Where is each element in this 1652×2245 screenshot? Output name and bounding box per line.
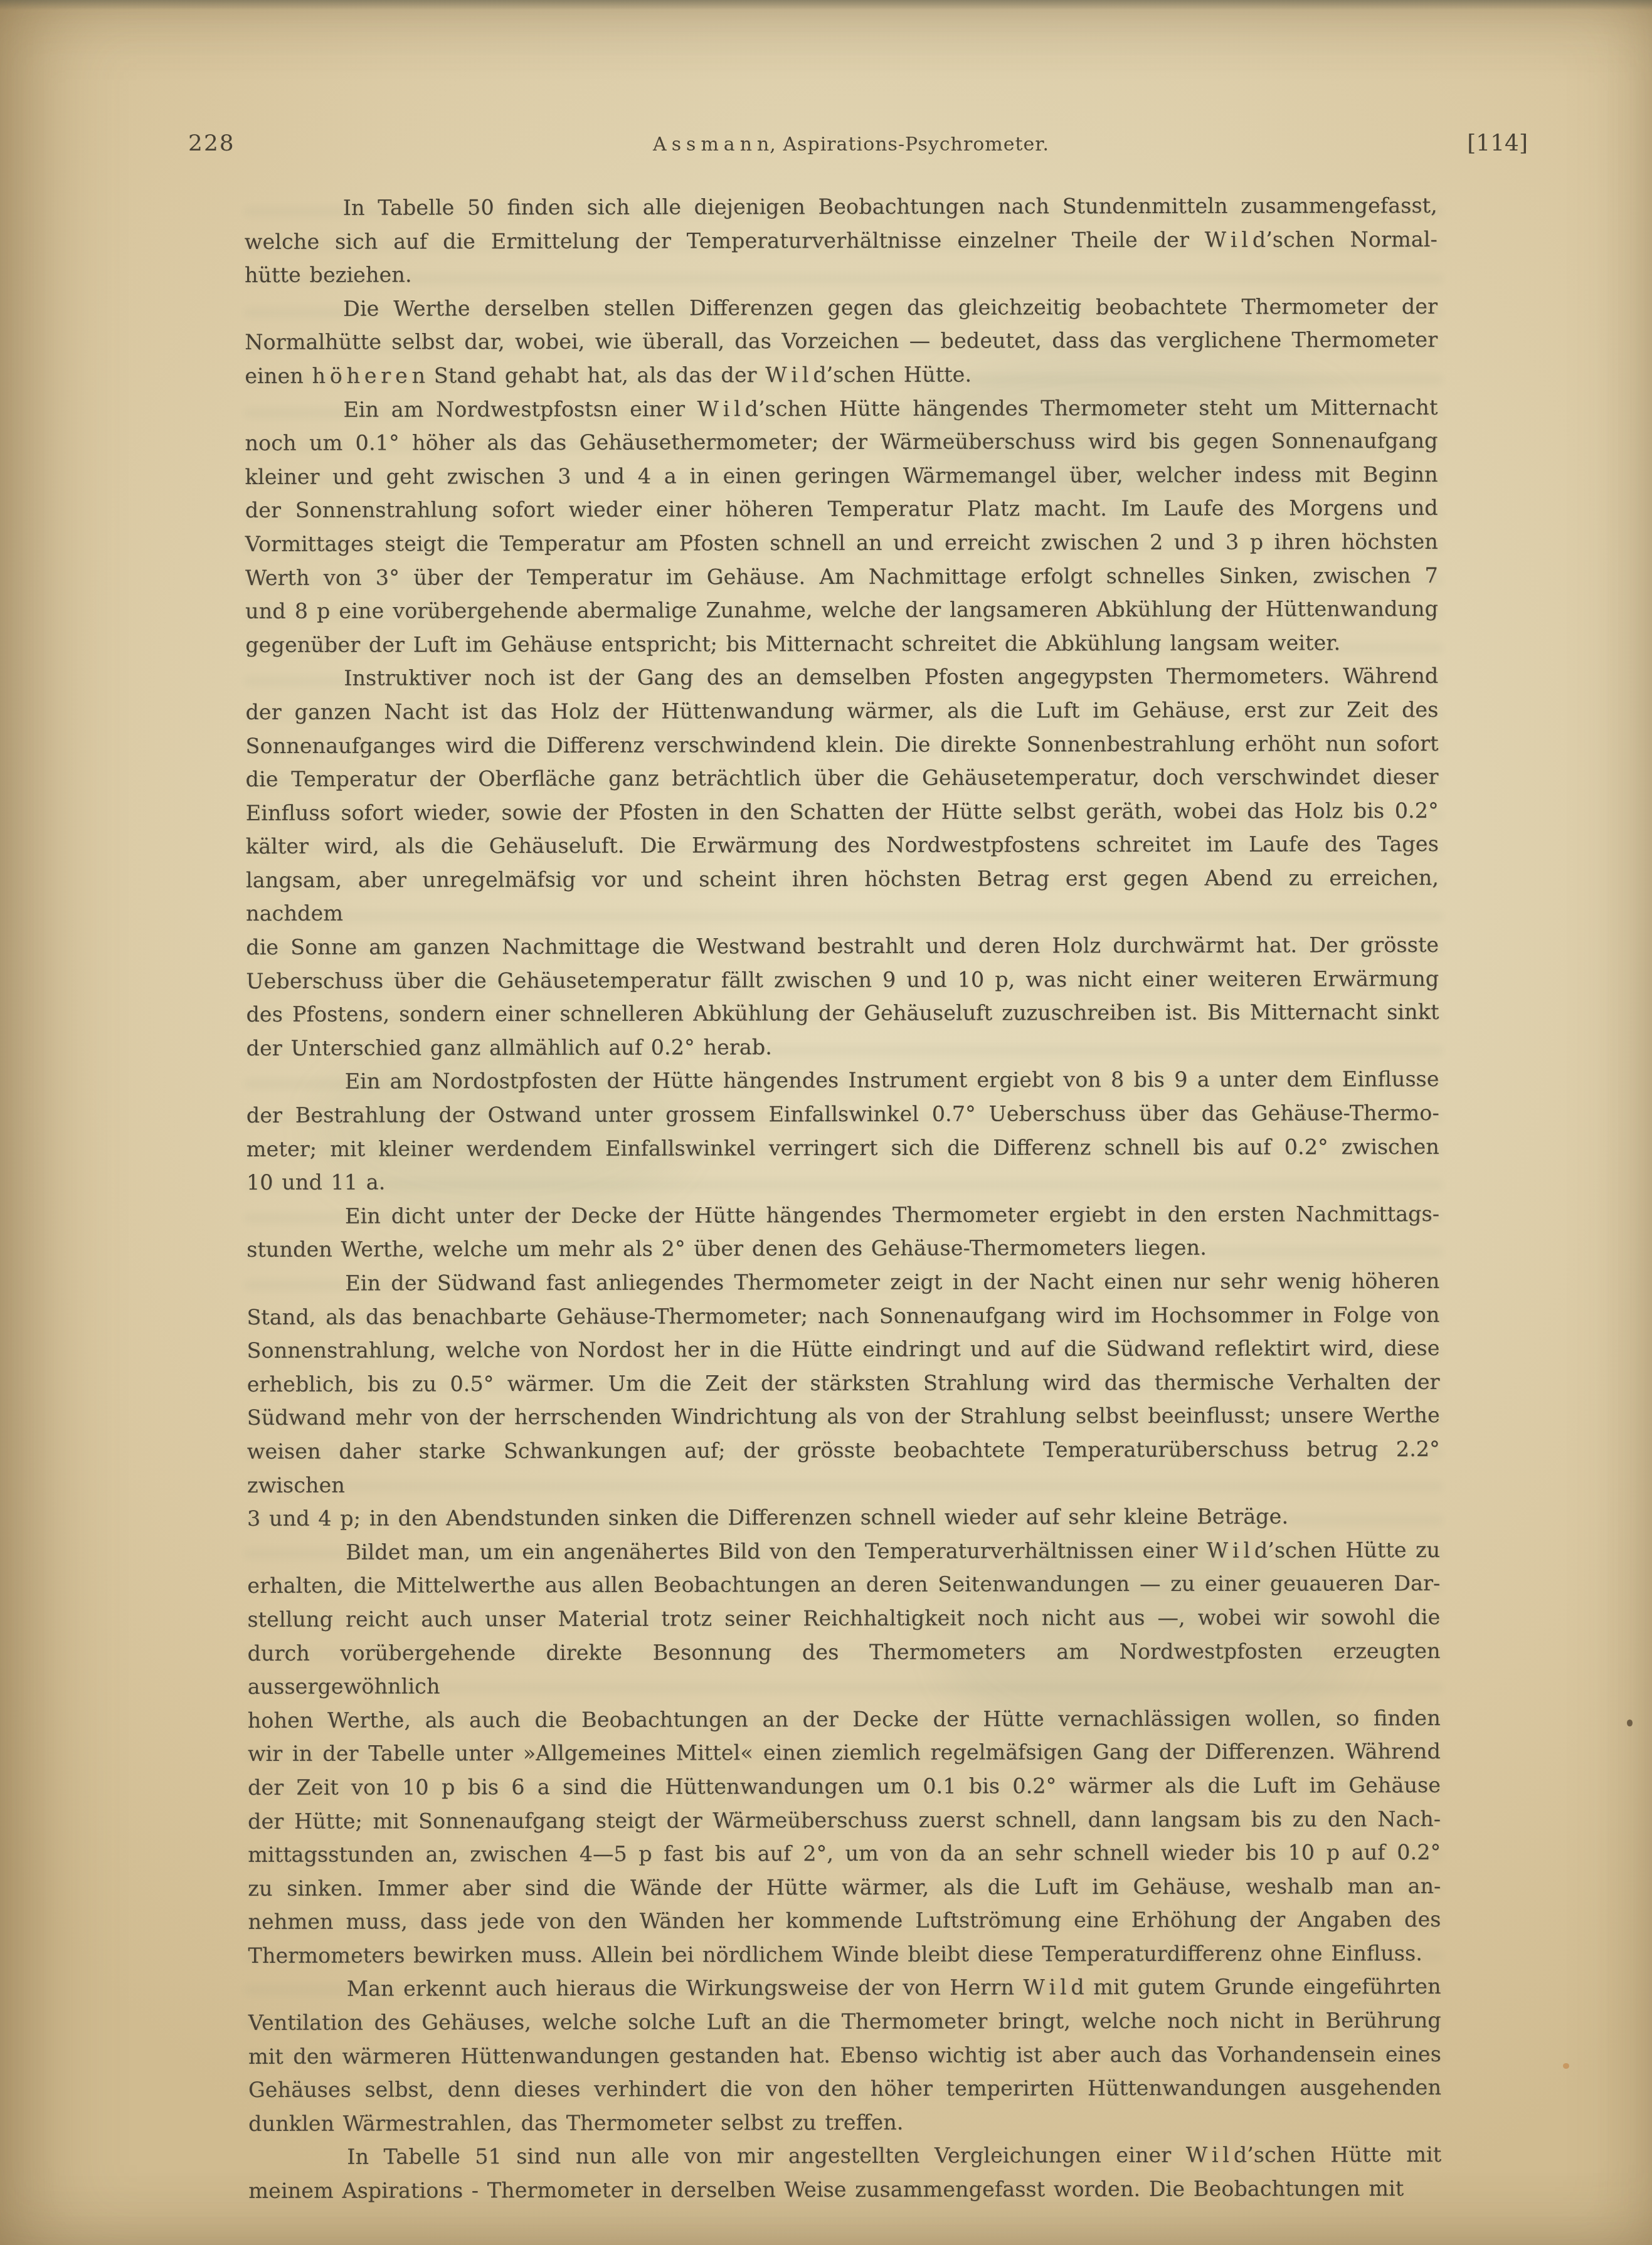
running-title: A s s m a n n, Aspirations-Psychrometer. <box>235 134 1467 156</box>
text-line: 10 und 11 a. <box>246 1163 1439 1200</box>
text-line: stunden Werthe, welche um mehr als 2° üb… <box>246 1230 1439 1267</box>
text-line: stellung reicht auch unser Material trot… <box>247 1600 1440 1637</box>
text-line: der Hütte; mit Sonnenaufgang steigt der … <box>248 1802 1441 1839</box>
text-line: nehmen muss, dass jede von den Wänden he… <box>248 1903 1441 1939</box>
ink-speck <box>1627 1719 1633 1726</box>
paragraph: Ein dicht unter der Decke der Hütte häng… <box>246 1197 1439 1267</box>
text-line: der Sonnenstrahlung sofort wieder einer … <box>245 491 1438 527</box>
text-line: kleiner und geht zwischen 3 und 4 a in e… <box>245 458 1438 494</box>
text-line: Sonnenstrahlung, welche von Nordost her … <box>246 1331 1439 1368</box>
stain-speck <box>1563 2063 1569 2069</box>
text-line: noch um 0.1° höher als das Gehäusethermo… <box>245 424 1438 460</box>
paragraph: Ein der Südwand fast anliegendes Thermom… <box>246 1264 1440 1536</box>
text-line: Werth von 3° über der Temperatur im Gehä… <box>245 559 1438 595</box>
text-line: In Tabelle 51 sind nun alle von mir ange… <box>248 2138 1441 2174</box>
text-line: Sonnenaufganges wird die Differenz versc… <box>245 727 1438 763</box>
paragraph: In Tabelle 50 finden sich alle diejenige… <box>245 189 1438 292</box>
text-line: kälter wird, als die Gehäuseluft. Die Er… <box>246 827 1439 864</box>
text-line: Man erkennt auch hieraus die Wirkungswei… <box>248 1970 1441 2006</box>
paragraph: Ein am Nordostpfosten der Hütte hängende… <box>246 1062 1439 1199</box>
text-line: durch vorübergehende direkte Besonnung d… <box>247 1634 1440 1704</box>
text-line: Gehäuses selbst, denn dieses verhindert … <box>248 2071 1441 2107</box>
text-line: die Sonne am ganzen Nachmittage die West… <box>246 928 1439 964</box>
text-line: mittagsstunden an, zwischen 4—5 p fast b… <box>248 1836 1441 1872</box>
text-line: Die Werthe derselben stellen Differenzen… <box>245 290 1438 326</box>
paragraph: Instruktiver noch ist der Gang des an de… <box>245 659 1439 1065</box>
text-line: mit den wärmeren Hüttenwandungen gestand… <box>248 2037 1441 2074</box>
body-text: In Tabelle 50 finden sich alle diejenige… <box>245 189 1442 2208</box>
text-line: langsam, aber unregelmäfsig vor und sche… <box>246 861 1439 931</box>
text-line: meter; mit kleiner werdendem Einfallswin… <box>246 1130 1439 1166</box>
text-line: Normalhütte selbst dar, wobei, wie übera… <box>245 323 1438 359</box>
text-line: weisen daher starke Schwankungen auf; de… <box>247 1432 1440 1502</box>
text-line: hütte beziehen. <box>245 256 1438 292</box>
text-line: der Bestrahlung der Ostwand unter grosse… <box>246 1096 1439 1133</box>
text-line: erhalten, die Mittelwerthe aus allen Beo… <box>247 1566 1440 1603</box>
scanned-book-page: 228 A s s m a n n, Aspirations-Psychrome… <box>0 0 1652 2245</box>
text-line: erheblich, bis zu 0.5° wärmer. Um die Ze… <box>247 1365 1440 1402</box>
text-line: Instruktiver noch ist der Gang des an de… <box>245 659 1438 695</box>
paragraph: Die Werthe derselben stellen Differenzen… <box>245 290 1438 393</box>
text-line: In Tabelle 50 finden sich alle diejenige… <box>245 189 1438 225</box>
text-line: Thermometers bewirken muss. Allein bei n… <box>248 1936 1441 1973</box>
text-line: einen h ö h e r e n Stand gehabt hat, al… <box>245 357 1438 393</box>
text-line: Vormittages steigt die Temperatur am Pfo… <box>245 525 1438 561</box>
text-line: meinem Aspirations - Thermometer in ders… <box>248 2172 1441 2208</box>
text-line: Ein dicht unter der Decke der Hütte häng… <box>246 1197 1439 1233</box>
text-line: welche sich auf die Ermittelung der Temp… <box>245 223 1438 259</box>
text-line: hohen Werthe, als auch die Beobachtungen… <box>248 1701 1441 1738</box>
paragraph: Ein am Nordwestpfostsn einer W i l d’sch… <box>245 391 1438 662</box>
text-line: Südwand mehr von der herrschenden Windri… <box>247 1398 1440 1435</box>
paragraph: In Tabelle 51 sind nun alle von mir ange… <box>248 2138 1441 2207</box>
scan-top-edge-shadow <box>0 0 1652 10</box>
text-line: der ganzen Nacht ist das Holz der Hütten… <box>245 693 1438 729</box>
text-line: des Pfostens, sondern einer schnelleren … <box>246 995 1439 1032</box>
text-line: die Temperatur der Oberfläche ganz beträ… <box>246 760 1439 796</box>
text-line: der Unterschied ganz allmählich auf 0.2°… <box>246 1029 1439 1065</box>
text-line: Bildet man, um ein angenähertes Bild von… <box>247 1533 1440 1570</box>
text-line: Ein der Südwand fast anliegendes Thermom… <box>246 1264 1439 1301</box>
text-line: Ein am Nordostpfosten der Hütte hängende… <box>246 1062 1439 1099</box>
paragraph: Man erkennt auch hieraus die Wirkungswei… <box>248 1970 1442 2140</box>
text-line: zu sinken. Immer aber sind die Wände der… <box>248 1869 1441 1906</box>
paragraph: Bildet man, um ein angenähertes Bild von… <box>247 1533 1441 1973</box>
text-line: Ventilation des Gehäuses, welche solche … <box>248 2004 1441 2040</box>
text-line: gegenüber der Luft im Gehäuse entspricht… <box>245 626 1438 662</box>
page-number: 228 <box>188 130 235 156</box>
text-line: Stand, als das benachbarte Gehäuse-Therm… <box>246 1298 1439 1334</box>
text-line: wir in der Tabelle unter »Allgemeines Mi… <box>248 1735 1441 1771</box>
text-line: dunklen Wärmestrahlen, das Thermometer s… <box>248 2105 1441 2141</box>
text-line: 3 und 4 p; in den Abendstunden sinken di… <box>247 1499 1440 1536</box>
text-line: der Zeit von 10 p bis 6 a sind die Hütte… <box>248 1768 1441 1805</box>
text-line: Einfluss sofort wieder, sowie der Pfoste… <box>246 794 1439 830</box>
text-line: und 8 p eine vorübergehende abermalige Z… <box>245 592 1438 628</box>
page-header: 228 A s s m a n n, Aspirations-Psychrome… <box>188 130 1528 168</box>
series-page-number: [114] <box>1467 130 1528 156</box>
text-line: Ein am Nordwestpfostsn einer W i l d’sch… <box>245 391 1438 427</box>
text-line: Ueberschuss über die Gehäusetemperatur f… <box>246 962 1439 998</box>
